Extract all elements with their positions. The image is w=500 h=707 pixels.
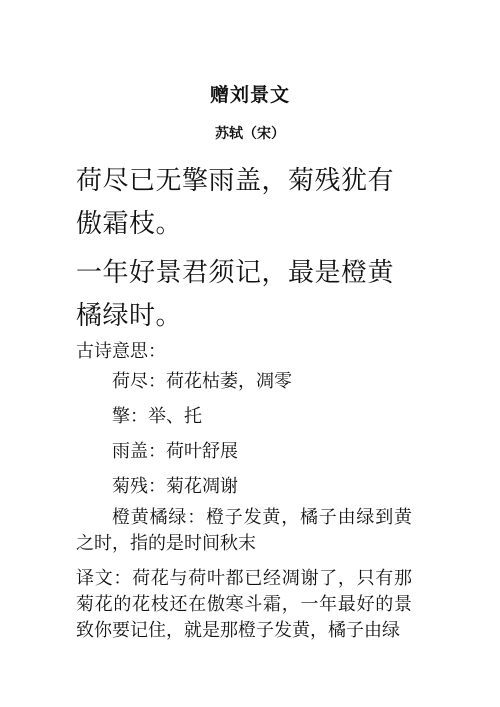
- explanation-label: 古诗意思：: [76, 337, 166, 363]
- document-page: 赠刘景文 苏轼（宋） 荷尽已无擎雨盖，菊残犹有傲霜枝。 一年好景君须记，最是橙黄…: [0, 0, 500, 707]
- translation-paragraph: 译文：荷花与荷叶都已经凋谢了，只有那菊花的花枝还在傲寒斗霜，一年最好的景致你要记…: [76, 566, 412, 644]
- gloss-item: 雨盖：荷叶舒展: [112, 440, 238, 464]
- gloss-item: 擎：举、托: [112, 405, 202, 429]
- poem-line-2: 一年好景君须记，最是橙黄橘绿时。: [76, 252, 416, 338]
- gloss-item: 菊残：菊花凋谢: [112, 475, 238, 499]
- gloss-item: 荷尽：荷花枯萎，凋零: [112, 370, 292, 394]
- poem-line-1: 荷尽已无擎雨盖，菊残犹有傲霜枝。: [76, 160, 416, 246]
- poem-title: 赠刘景文: [0, 80, 500, 107]
- poem-author: 苏轼（宋）: [0, 123, 500, 143]
- gloss-item-long: 橙黄橘绿：橙子发黄，橘子由绿到黄之时，指的是时间秋末: [76, 505, 412, 557]
